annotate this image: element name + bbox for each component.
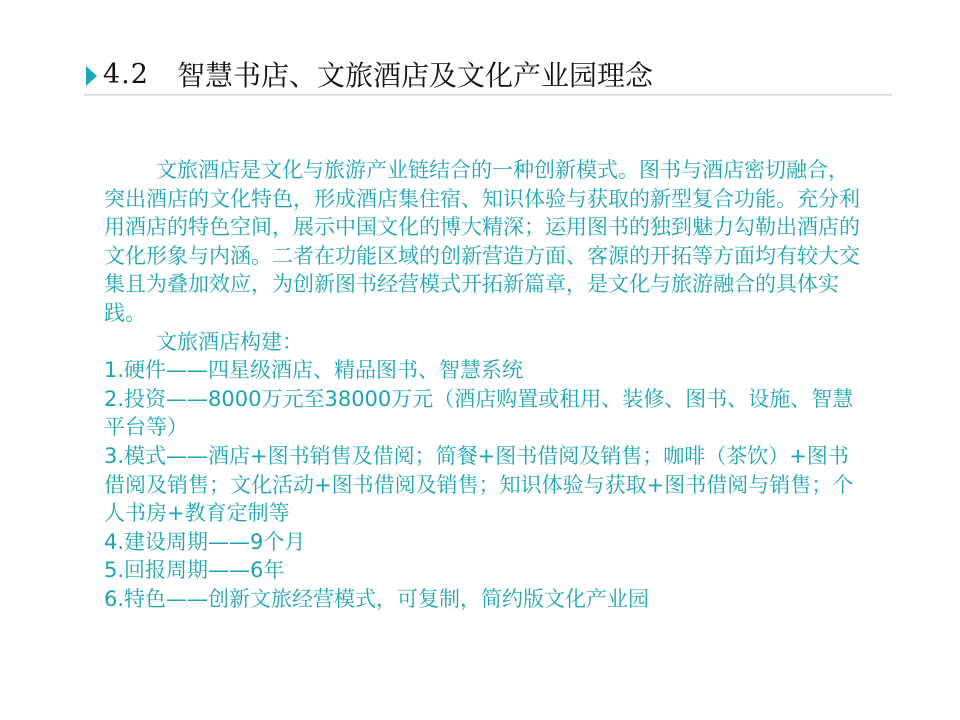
list-item-payback-period: 5.回报周期——6年 — [104, 556, 864, 585]
list-item-construction-period: 4.建设周期——9个月 — [104, 528, 864, 557]
triangle-bullet-icon — [86, 66, 97, 86]
list-item-investment: 2.投资——8000万元至38000万元（酒店购置或租用、装修、图书、设施、智慧… — [104, 385, 864, 442]
section-heading: 文旅酒店构建： — [104, 328, 864, 357]
intro-paragraph: 文旅酒店是文化与旅游产业链结合的一种创新模式。图书与酒店密切融合，突出酒店的文化… — [104, 156, 864, 328]
slide-title: 智慧书店、文旅酒店及文化产业园理念 — [177, 54, 653, 94]
title-divider — [84, 94, 892, 96]
list-item-hardware: 1.硬件——四星级酒店、精品图书、智慧系统 — [104, 356, 864, 385]
section-number: 4.2 — [103, 59, 149, 90]
list-item-model: 3.模式——酒店+图书销售及借阅；简餐+图书借阅及销售；咖啡（茶饮）+图书借阅及… — [104, 442, 864, 528]
slide: 4.2 智慧书店、文旅酒店及文化产业园理念 文旅酒店是文化与旅游产业链结合的一种… — [0, 0, 960, 720]
slide-body: 文旅酒店是文化与旅游产业链结合的一种创新模式。图书与酒店密切融合，突出酒店的文化… — [104, 156, 864, 614]
list-item-feature: 6.特色——创新文旅经营模式，可复制，简约版文化产业园 — [104, 585, 864, 614]
slide-title-bar: 4.2 智慧书店、文旅酒店及文化产业园理念 — [86, 52, 653, 96]
